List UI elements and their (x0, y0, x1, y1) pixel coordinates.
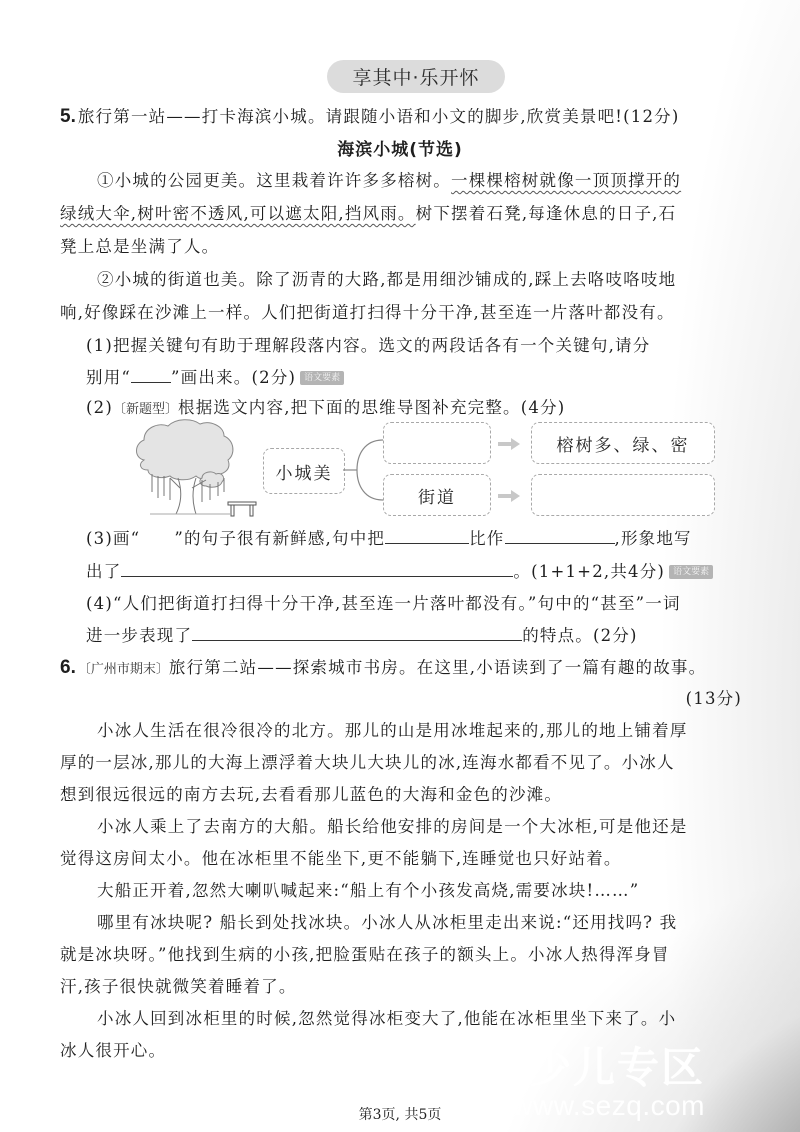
question-6-score: (13分) (686, 688, 742, 710)
text: 的特点。(2分) (522, 626, 637, 645)
story-line: 汗,孩子很快就微笑着睡着了。 (60, 976, 297, 998)
subquestion-3-line-2: 出了。(1+1+2,共4分)语文要素 (86, 560, 713, 583)
text: (2) (86, 398, 113, 417)
text: (3)画“ (86, 529, 140, 548)
story-line: 小冰人生活在很冷很冷的北方。那儿的山是用冰堆起来的,那儿的地上铺着厚 (97, 720, 688, 742)
subquestion-1-line-2: 别用“”画出来。(2分)语文要素 (86, 366, 344, 389)
answer-blank[interactable] (121, 560, 513, 577)
question-5-prompt: 5.旅行第一站——打卡海滨小城。请跟随小语和小文的脚步,欣赏美景吧!(12分) (60, 106, 680, 128)
text: 出了 (86, 562, 121, 581)
story-line: 冰人很开心。 (60, 1040, 166, 1062)
answer-blank[interactable] (505, 527, 615, 544)
question-6-prompt: 6.〔广州市期末〕旅行第二站——探索城市书房。在这里,小语读到了一篇有趣的故事。 (60, 657, 706, 681)
paragraph-1-line-2: 绿绒大伞,树叶密不透风,可以遮太阳,挡风雨。树下摆着石凳,每逢休息的日子,石 (60, 203, 676, 225)
source-tag: 〔广州市期末〕 (78, 662, 169, 677)
skill-badge: 语文要素 (669, 565, 713, 579)
paragraph-2-line-1: ②小城的街道也美。除了沥青的大路,都是用细沙铺成的,踩上去咯吱咯吱地 (97, 269, 676, 291)
text: 树下摆着石凳,每逢休息的日子,石 (416, 204, 677, 223)
mindmap-result-bottom-blank[interactable] (531, 474, 715, 516)
section-header: 享其中·乐开怀 (327, 60, 505, 93)
story-line: 哪里有冰块呢? 船长到处找冰块。小冰人从冰柜里走出来说:“还用找吗? 我 (97, 912, 677, 934)
question-number: 5. (60, 106, 76, 127)
arrow-right-icon (498, 490, 520, 502)
text: 。(1+1+2,共4分) (513, 562, 665, 581)
subquestion-4-line-2: 进一步表现了的特点。(2分) (86, 624, 638, 647)
arrow-right-icon (498, 438, 520, 450)
text: 比作 (469, 529, 504, 548)
story-line: 想到很远很远的南方去玩,去看看那儿蓝色的大海和金色的沙滩。 (60, 784, 562, 806)
text: ”画出来。(2分) (171, 368, 296, 387)
text: 别用“ (86, 368, 131, 387)
text: ”的句子很有新鲜感,句中把 (174, 529, 385, 548)
mind-map-diagram: 小城美 街道 榕树多、绿、密 (130, 418, 730, 518)
wavy-line-sample: ​ (140, 528, 174, 542)
mindmap-result-top: 榕树多、绿、密 (531, 422, 715, 464)
wavy-underlined-sentence: 绿绒大伞,树叶密不透风,可以遮太阳,挡风雨。 (60, 204, 416, 223)
subquestion-4-line-1: (4)“人们把街道打扫得十分干净,甚至连一片落叶都没有。”句中的“甚至”一词 (86, 593, 681, 615)
mindmap-center-node: 小城美 (263, 448, 345, 494)
subquestion-1-line-1: (1)把握关键句有助于理解段落内容。选文的两段话各有一个关键句,请分 (86, 335, 650, 357)
paragraph-1-line-1: ①小城的公园更美。这里栽着许许多多榕树。一棵棵榕树就像一顶顶撑开的 (97, 170, 681, 192)
wavy-underlined-sentence: 一棵棵榕树就像一顶顶撑开的 (451, 171, 681, 190)
answer-blank[interactable] (385, 527, 469, 544)
text: 进一步表现了 (86, 626, 192, 645)
paragraph-1-line-3: 凳上总是坐满了人。 (60, 236, 219, 258)
skill-badge: 语文要素 (300, 371, 344, 385)
subquestion-3-line-1: (3)画“​”的句子很有新鲜感,句中把比作,形象地写 (86, 527, 692, 550)
paragraph-2-line-2: 响,好像踩在沙滩上一样。人们把街道打扫得十分干净,甚至连一片落叶都没有。 (60, 302, 675, 324)
passage-title: 海滨小城(节选) (0, 135, 800, 160)
text: ①小城的公园更美。这里栽着许许多多榕树。 (97, 171, 451, 190)
story-line: 觉得这房间太小。他在冰柜里不能坐下,更不能躺下,连睡觉也只好站着。 (60, 848, 622, 870)
mindmap-branch-top-blank[interactable] (383, 422, 491, 464)
text: 根据选文内容,把下面的思维导图补充完整。(4分) (178, 398, 565, 417)
question-number: 6. (60, 657, 76, 678)
mindmap-branch-bottom: 街道 (383, 474, 491, 516)
page-number: 第3页, 共5页 (0, 1104, 800, 1124)
question-text: 旅行第一站——打卡海滨小城。请跟随小语和小文的脚步,欣赏美景吧!(12分) (78, 107, 680, 126)
story-line: 小冰人乘上了去南方的大船。船长给他安排的房间是一个大冰柜,可是他还是 (97, 816, 688, 838)
question-text: 旅行第二站——探索城市书房。在这里,小语读到了一篇有趣的故事。 (169, 658, 706, 677)
story-line: 大船正开着,忽然大喇叭喊起来:“船上有个小孩发高烧,需要冰块!……” (97, 880, 639, 902)
new-type-tag: 〔新题型〕 (113, 402, 178, 417)
text: ,形象地写 (615, 529, 692, 548)
stone-bench-illustration (227, 501, 257, 517)
story-line: 厚的一层冰,那儿的大海上漂浮着大块儿大块儿的冰,连海水都看不见了。小冰人 (60, 752, 675, 774)
story-line: 小冰人回到冰柜里的时候,忽然觉得冰柜变大了,他能在冰柜里坐下来了。小 (97, 1008, 676, 1030)
watermark-title: 少儿专区 (512, 1045, 705, 1091)
answer-blank[interactable] (131, 366, 171, 383)
answer-blank[interactable] (192, 624, 522, 641)
story-line: 就是冰块呀。”他找到生病的小孩,把脸蛋贴在孩子的额头上。小冰人热得浑身冒 (60, 944, 670, 966)
